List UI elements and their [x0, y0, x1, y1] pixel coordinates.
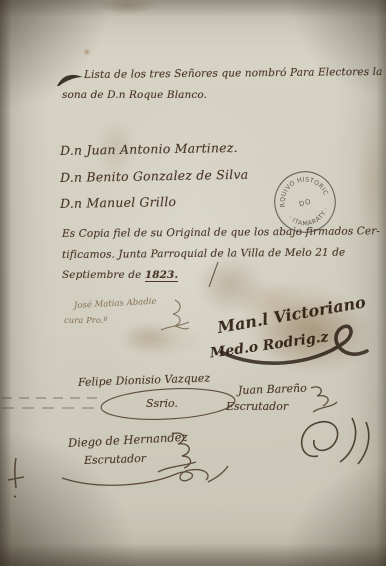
president-signature-line-1: Man.l Victoriano	[215, 292, 367, 337]
stamp-center-text: DO	[298, 197, 312, 208]
date-slash-stroke	[206, 260, 220, 290]
manuscript-page: Lista de los tres Señores que nombró Par…	[0, 0, 386, 566]
scrutineer-right-flourish	[288, 412, 373, 472]
initial-pen-stroke	[56, 70, 86, 90]
scrutineer-right-name: Juan Bareño	[238, 382, 307, 397]
elector-name-1: D.n Juan Antonio Martinez.	[60, 140, 238, 158]
elector-name-2: D.n Benito Gonzalez de Silva	[60, 167, 249, 185]
svg-text:ARQUIVO HISTORICO: ARQUIVO HISTORICO	[253, 153, 329, 213]
scrutineer-left-flourish	[58, 460, 233, 495]
secretary-signature-title: Ssrio.	[146, 397, 178, 410]
certification-line-3: Septiembre de 1823.	[62, 269, 178, 281]
scrutineer-right-title: Escrutador	[226, 400, 288, 413]
president-signature: Man.l Victoriano Med.o Rodrig.z	[203, 288, 385, 380]
stamp-top-text: ARQUIVO HISTORICO	[253, 153, 329, 213]
cura-signature-name: José Matias Abadie	[74, 297, 157, 311]
certification-date-text: Septiembre de	[62, 269, 145, 281]
heading-line-2: sona de D.n Roque Blanco.	[62, 89, 207, 101]
cura-rubric-flourish	[155, 296, 195, 336]
heading-line-1: Lista de los tres Señores que nombró Par…	[84, 66, 386, 81]
cura-signature-title: cura Pro.º	[64, 316, 108, 326]
certification-year: 1823.	[145, 269, 178, 282]
elector-name-3: D.n Manuel Grillo	[60, 194, 176, 211]
margin-ink-mark	[4, 456, 26, 506]
certification-line-1: Es Copia fiel de su Original de que los …	[62, 225, 380, 240]
certification-line-2: tificamos. Junta Parroquial de la Villa …	[62, 247, 345, 261]
secretary-rubric-flourish	[0, 383, 250, 429]
